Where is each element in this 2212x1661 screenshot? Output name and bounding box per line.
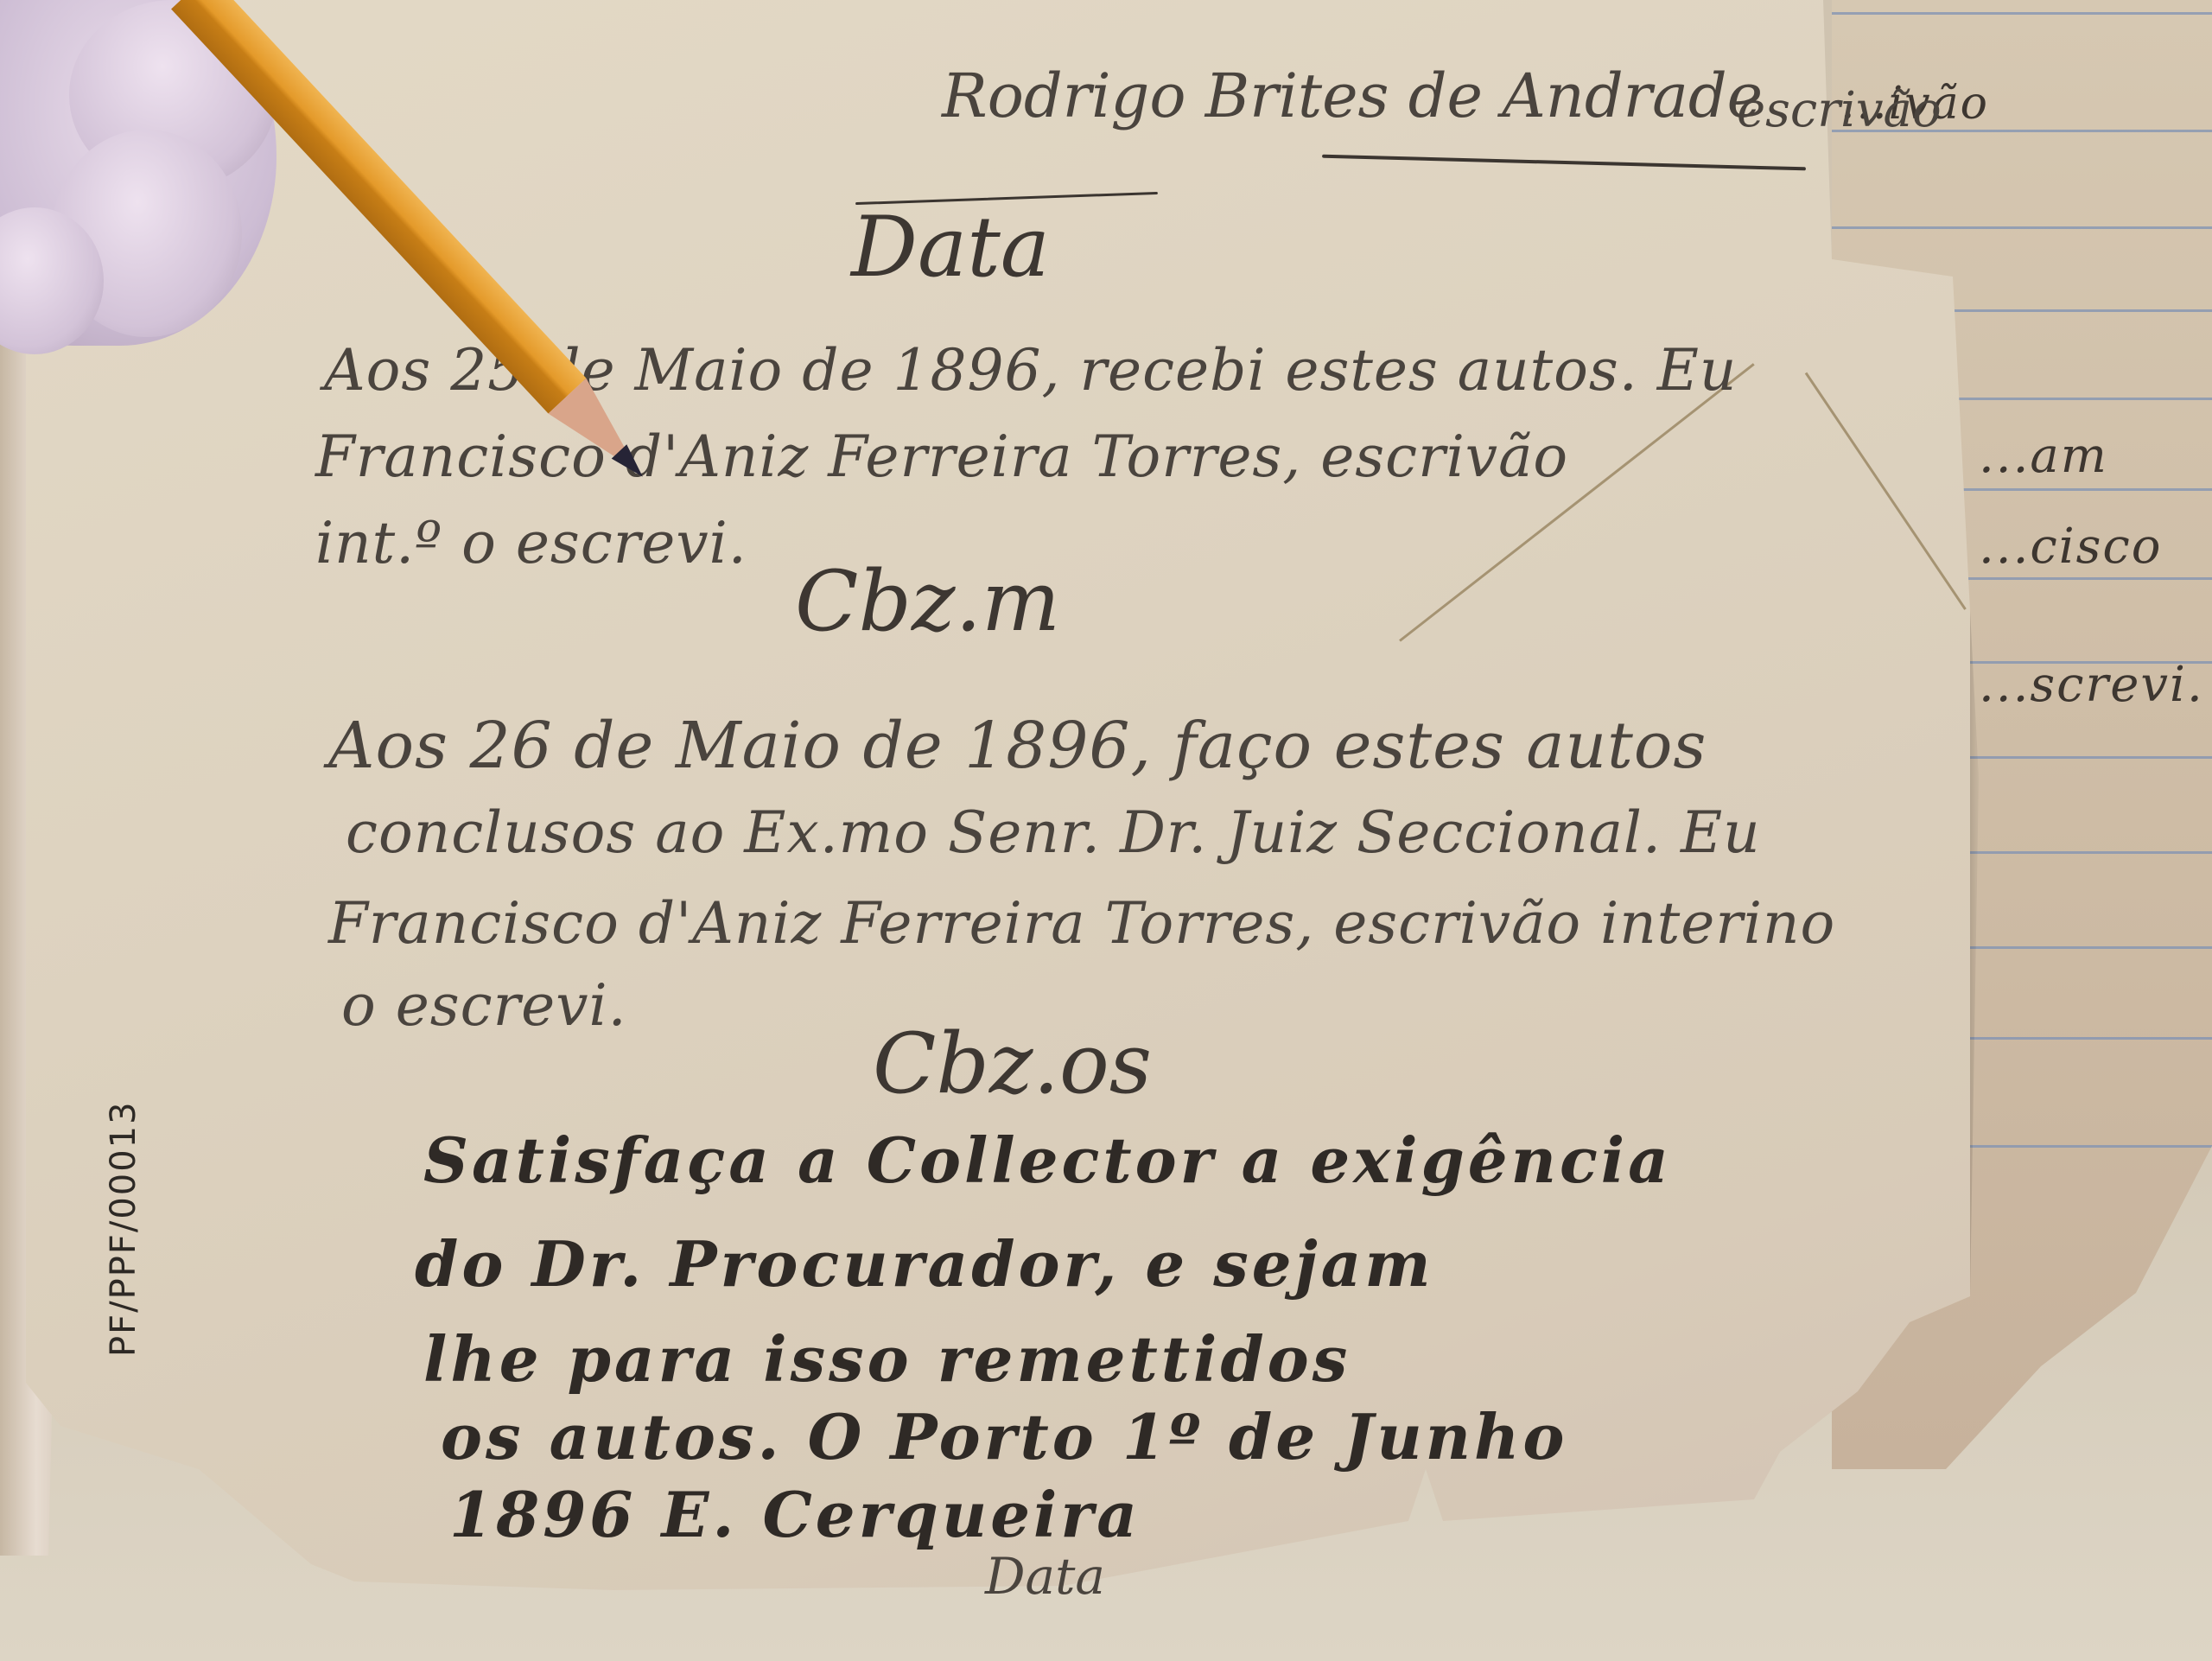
section-heading: Cbz.os	[873, 1015, 1152, 1112]
document-line: conclusos ao Ex.mo Senr. Dr. Juiz Seccio…	[346, 799, 1761, 866]
document-line: os autos. O Porto 1º de Junho	[441, 1400, 1567, 1473]
document-signature: 1896 E. Cerqueira	[449, 1478, 1141, 1551]
underlying-fragment: ...screvi.	[1979, 657, 2204, 713]
document-line: Francisco d'Aniz Ferreira Torres, escriv…	[328, 890, 1835, 957]
ruled-line	[1832, 12, 2212, 15]
document-line: do Dr. Procurador, e sejam	[415, 1227, 1434, 1301]
document-line: int.º o escrevi.	[315, 510, 747, 576]
document-line: Francisco d'Aniz Ferreira Torres, escriv…	[315, 423, 1568, 490]
document-line: Aos 26 de Maio de 1896, faço estes autos	[328, 709, 1707, 783]
section-heading: Cbz.m	[795, 553, 1060, 650]
document-line: o escrevi.	[341, 972, 627, 1039]
document-line: Satisfaça a Collector a exigência	[423, 1123, 1672, 1197]
document-photo: ...ivão ...am ...cisco ...screvi. Rodrig…	[0, 0, 2212, 1661]
top-signature-suffix: escrivão	[1737, 82, 1942, 138]
underlying-fragment: ...cisco	[1979, 519, 2163, 575]
document-line: lhe para isso remettidos	[423, 1322, 1351, 1396]
ruled-line	[1832, 226, 2212, 229]
archive-reference: PF/PPF/00013	[104, 1100, 143, 1357]
top-signature: Rodrigo Brites de Andrade	[942, 60, 1763, 131]
section-heading: Data	[851, 199, 1050, 296]
footer-heading: Data	[985, 1547, 1105, 1606]
underlying-fragment: ...am	[1979, 428, 2108, 484]
